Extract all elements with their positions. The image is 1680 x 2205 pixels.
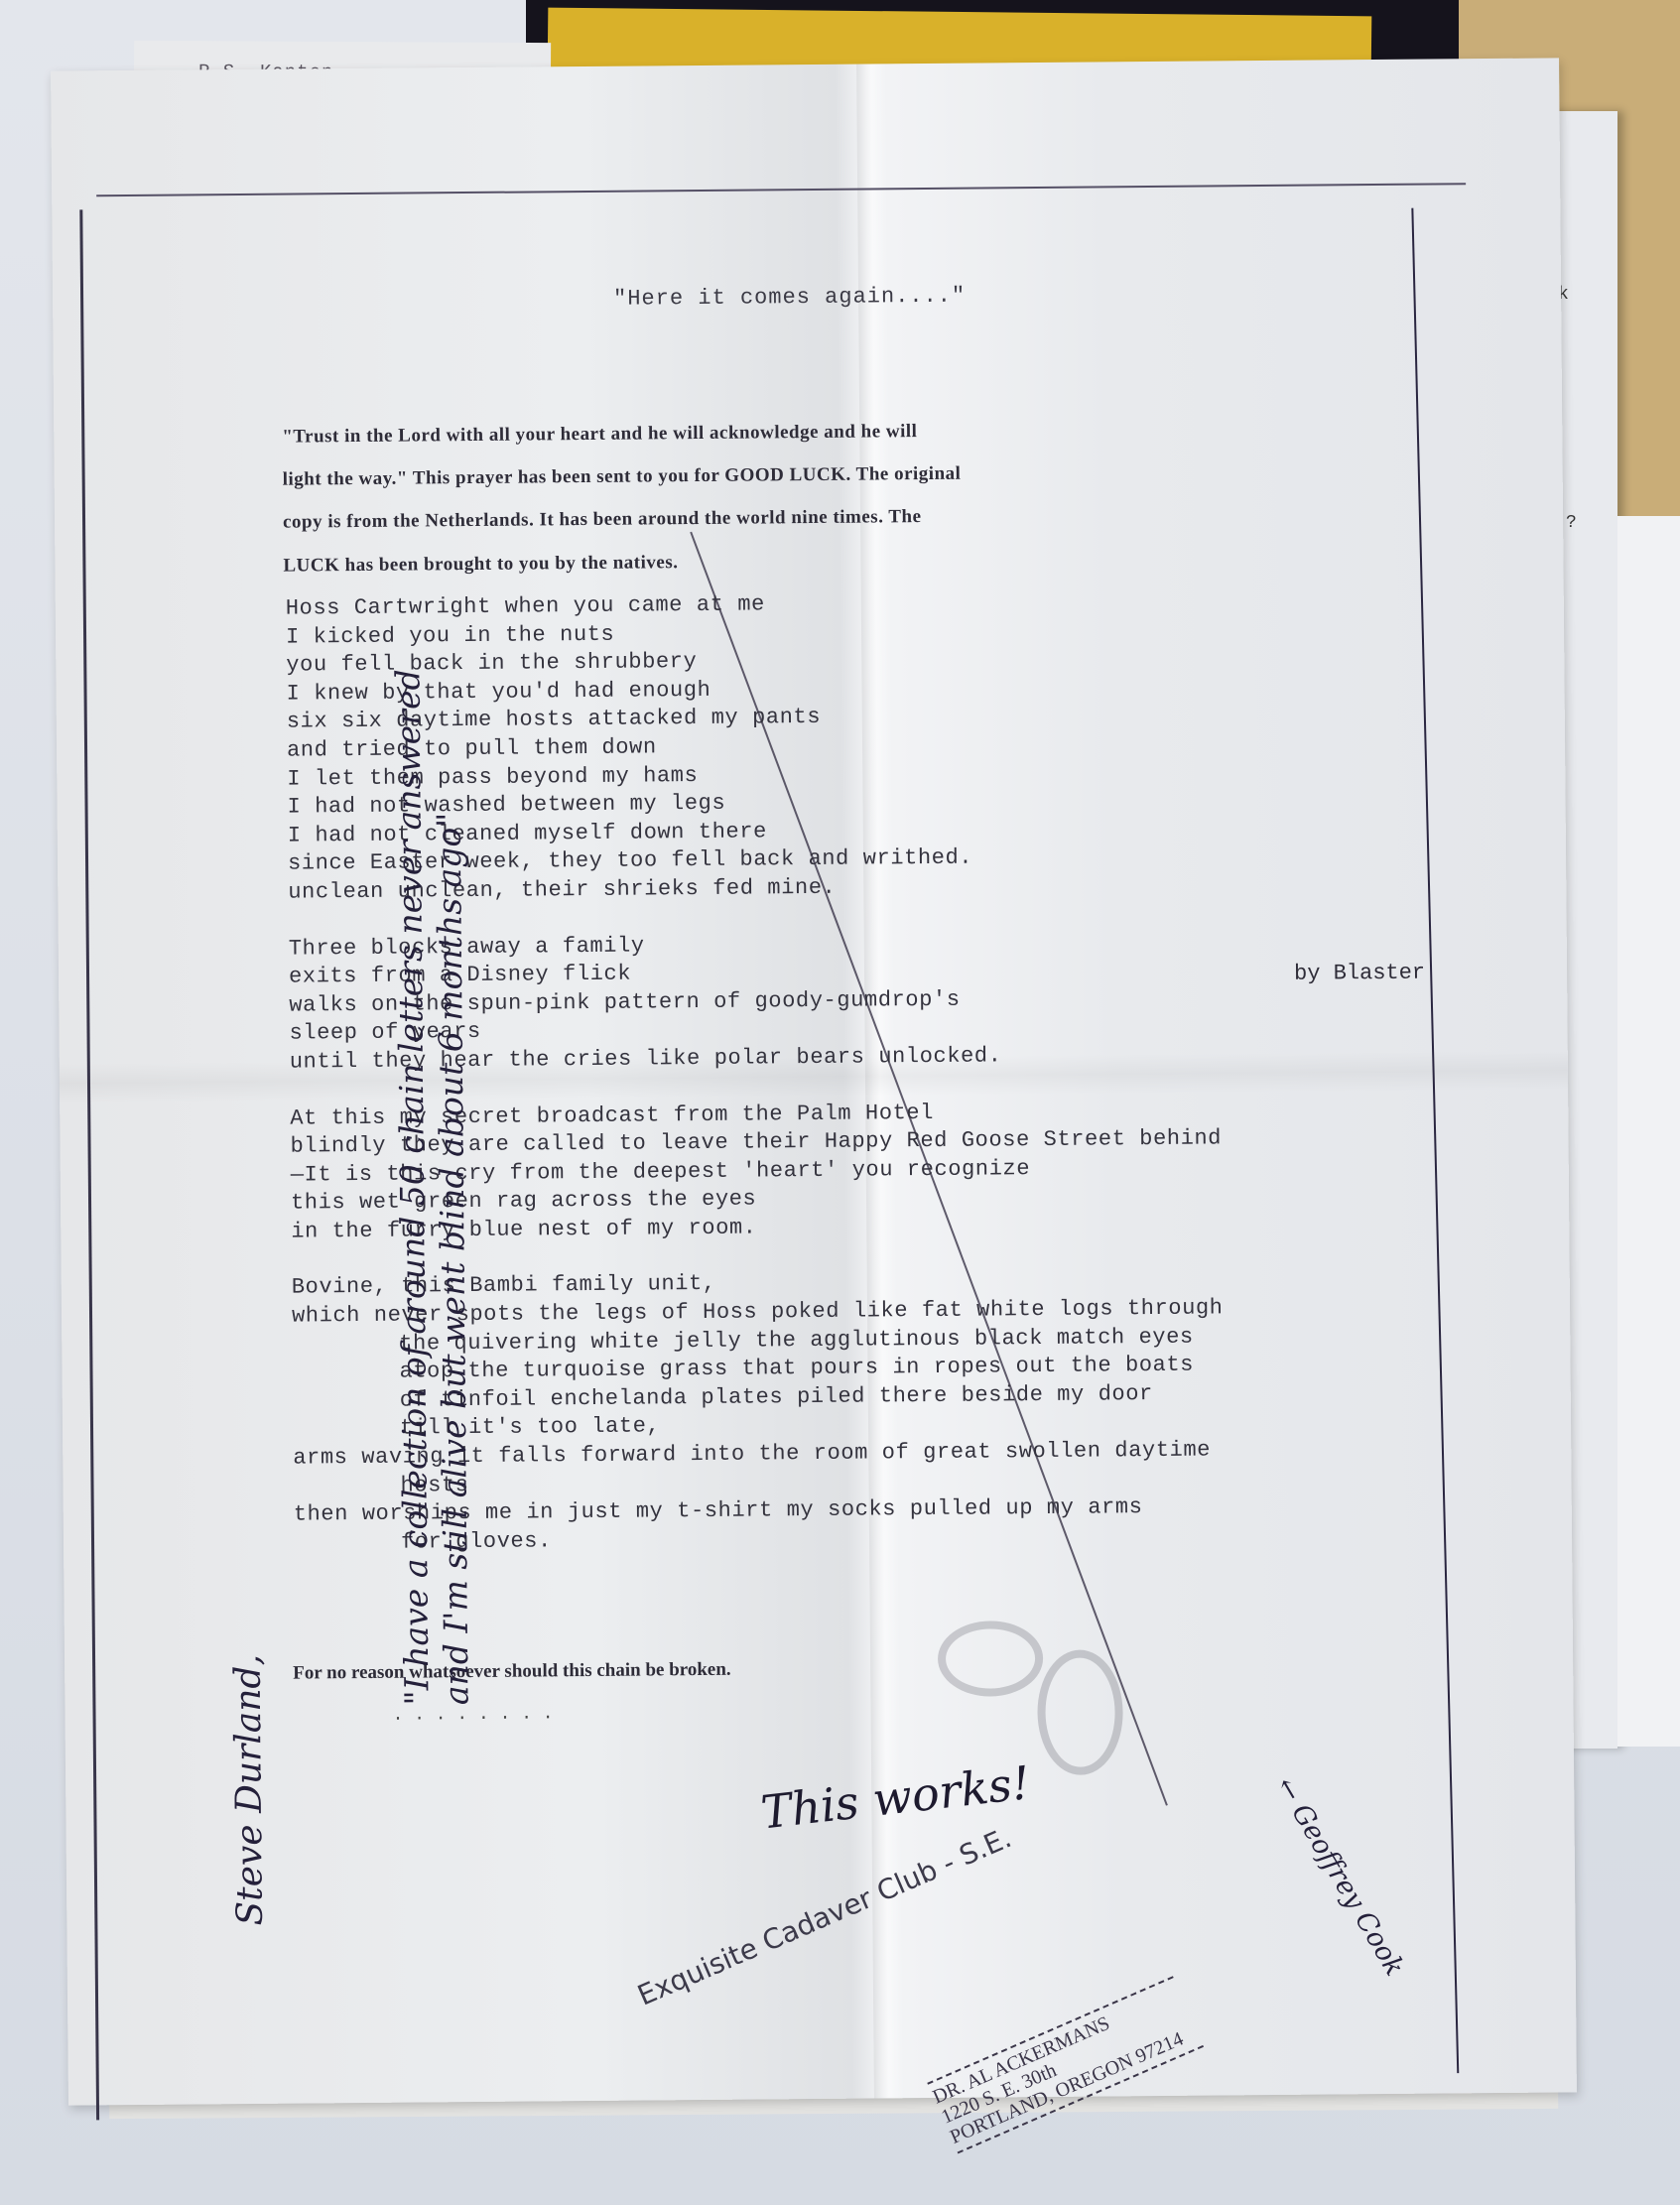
sheet-mark: ? [1566,513,1577,533]
margin-handwritten-note: "I have a collection of around 50 chain … [388,613,477,1706]
closing-dots: . . . . . . . . [392,1704,553,1725]
chain-letter-page: "Here it comes again...." "Trust in the … [51,58,1577,2105]
prayer-line: LUCK has been brought to you by the nati… [283,552,678,577]
ink-smudge [1037,1649,1123,1775]
prayer-line: copy is from the Netherlands. It has bee… [283,506,922,534]
ink-smudge [938,1621,1044,1697]
right-white-strip [1617,516,1680,1747]
geoffrey-cook-arrow-note: ← Geoffrey Cook [1269,1772,1410,1982]
left-rule [79,209,99,2120]
byline: by Blaster [1294,961,1425,986]
letter-heading: "Here it comes again...." [613,284,966,312]
top-rule [96,183,1466,196]
prayer-line: "Trust in the Lord with all your heart a… [282,421,917,449]
closing-line: For no reason whatsoever should this cha… [293,1659,731,1685]
handwritten-signature: Steve Durland, [221,933,271,1925]
right-rule [1411,208,1459,2073]
club-stamp: Exquisite Cadaver Club - S.E. [633,1821,1016,2012]
